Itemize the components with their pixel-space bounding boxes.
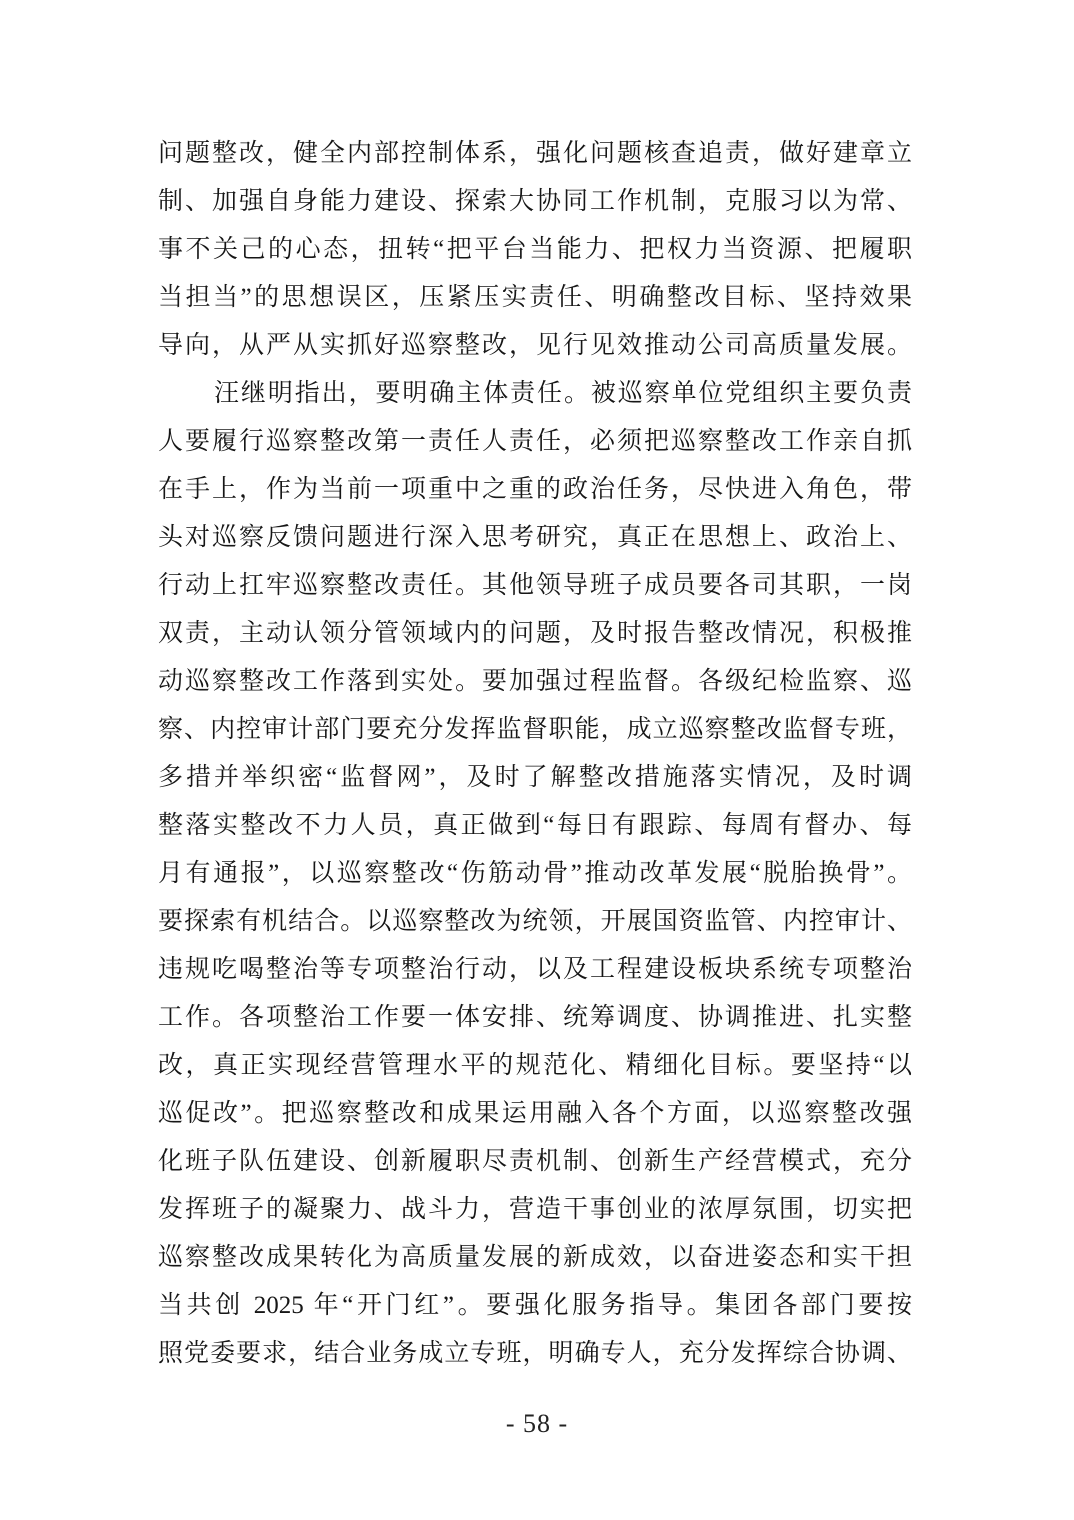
text-line: 当担当”的思想误区，压紧压实责任、明确整改目标、坚持效果 [158, 274, 912, 322]
text-line: 制、加强自身能力建设、探索大协同工作机制，克服习以为常、 [158, 178, 912, 226]
document-page: 问题整改，健全内部控制体系，强化问题核查追责，做好建章立制、加强自身能力建设、探… [0, 0, 1074, 1520]
text-line: 工作。各项整治工作要一体安排、统筹调度、协调推进、扎实整 [158, 994, 912, 1042]
text-line: 在手上，作为当前一项重中之重的政治任务，尽快进入角色，带 [158, 466, 912, 514]
text-line: 头对巡察反馈问题进行深入思考研究，真正在思想上、政治上、 [158, 514, 912, 562]
text-line: 多措并举织密“监督网”，及时了解整改措施落实情况，及时调 [158, 754, 912, 802]
text-line: 发挥班子的凝聚力、战斗力，营造干事创业的浓厚氛围，切实把 [158, 1186, 912, 1234]
text-line: 改，真正实现经营管理水平的规范化、精细化目标。要坚持“以 [158, 1042, 912, 1090]
text-line: 察、内控审计部门要充分发挥监督职能，成立巡察整改监督专班， [158, 706, 912, 754]
text-line: 汪继明指出，要明确主体责任。被巡察单位党组织主要负责 [158, 370, 912, 418]
page-number: - 58 - [0, 1404, 1074, 1444]
text-line: 违规吃喝整治等专项整治行动，以及工程建设板块系统专项整治 [158, 946, 912, 994]
text-line: 巡促改”。把巡察整改和成果运用融入各个方面，以巡察整改强 [158, 1090, 912, 1138]
text-line: 巡察整改成果转化为高质量发展的新成效，以奋进姿态和实干担 [158, 1234, 912, 1282]
text-line: 照党委要求，结合业务成立专班，明确专人，充分发挥综合协调、 [158, 1330, 912, 1378]
text-line: 问题整改，健全内部控制体系，强化问题核查追责，做好建章立 [158, 130, 912, 178]
text-line: 化班子队伍建设、创新履职尽责机制、创新生产经营模式，充分 [158, 1138, 912, 1186]
text-line: 导向，从严从实抓好巡察整改，见行见效推动公司高质量发展。 [158, 322, 912, 370]
text-line: 要探索有机结合。以巡察整改为统领，开展国资监管、内控审计、 [158, 898, 912, 946]
text-line: 整落实整改不力人员，真正做到“每日有跟踪、每周有督办、每 [158, 802, 912, 850]
text-line: 当共创 2025 年“开门红”。要强化服务指导。集团各部门要按 [158, 1282, 912, 1330]
text-line: 行动上扛牢巡察整改责任。其他领导班子成员要各司其职，一岗 [158, 562, 912, 610]
text-line: 月有通报”，以巡察整改“伤筋动骨”推动改革发展“脱胎换骨”。 [158, 850, 912, 898]
text-block: 问题整改，健全内部控制体系，强化问题核查追责，做好建章立制、加强自身能力建设、探… [158, 130, 912, 1378]
text-line: 动巡察整改工作落到实处。要加强过程监督。各级纪检监察、巡 [158, 658, 912, 706]
text-line: 人要履行巡察整改第一责任人责任，必须把巡察整改工作亲自抓 [158, 418, 912, 466]
text-line: 事不关己的心态，扭转“把平台当能力、把权力当资源、把履职 [158, 226, 912, 274]
text-line: 双责，主动认领分管领域内的问题，及时报告整改情况，积极推 [158, 610, 912, 658]
